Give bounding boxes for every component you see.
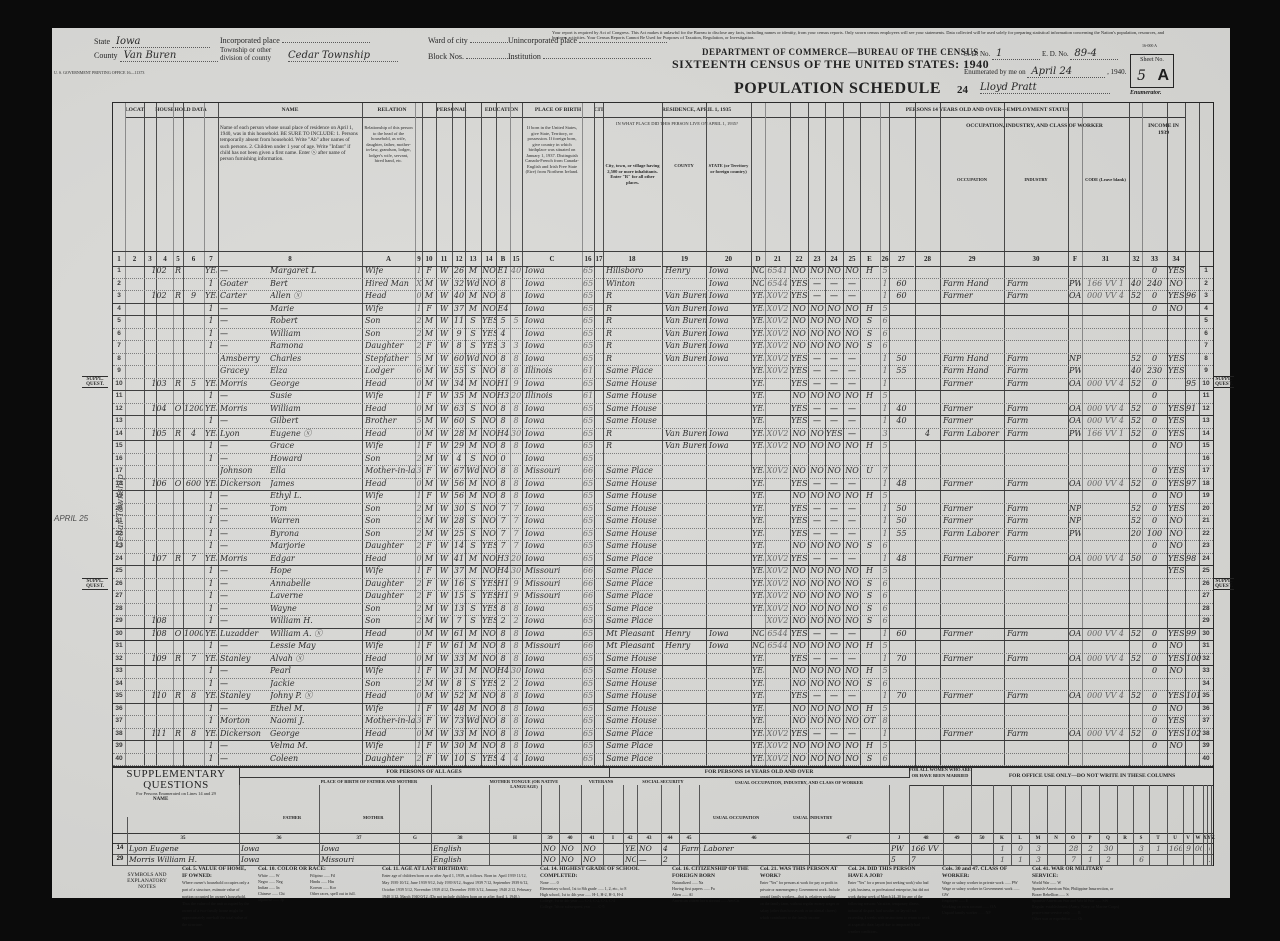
cell-rel: Daughter: [363, 753, 416, 766]
cell-c22: —: [809, 403, 825, 416]
cell-sch: YES: [482, 590, 496, 603]
line-number-right: 17: [1199, 465, 1213, 478]
supp-column-number: 50: [971, 834, 993, 843]
cell-e: 1: [881, 365, 889, 378]
given-name: Bert: [270, 278, 360, 291]
cell-mar: S: [466, 603, 480, 616]
line-number-right: 14: [1199, 428, 1213, 441]
cell-c34: 98: [1186, 553, 1196, 566]
cell-rel: Wife: [363, 665, 416, 678]
cell-race: W: [437, 440, 451, 453]
cell-c34: 102: [1186, 728, 1201, 741]
cell-sch: YES: [482, 340, 496, 353]
cell-res-state: [707, 378, 752, 391]
cell-age: 35: [453, 390, 465, 403]
cell-age: 67: [453, 465, 465, 478]
cell-birth: Iowa: [523, 690, 583, 703]
given-name: George: [270, 378, 360, 391]
cell-res-city: Same House: [604, 678, 662, 691]
cell-c23: NO: [826, 578, 842, 591]
line-number-right: 7: [1199, 340, 1213, 353]
cell-rel: Mother-in-law: [363, 465, 416, 478]
cell-c34: 95: [1186, 378, 1196, 391]
cell-c33: [1168, 603, 1184, 616]
cell-ind: Farm: [1005, 478, 1069, 491]
table-row: 33CarterAllen ⓧ102R9YESHead0MW40MNO8Iowa…: [113, 290, 1213, 304]
cell-mar: S: [466, 615, 480, 628]
table-row: 3535StanleyJohny P. ⓧ110R8YESHead0MW52MN…: [113, 690, 1213, 704]
cell-house: [126, 265, 143, 278]
cell-hh: [145, 540, 173, 553]
cell-code: 1: [416, 390, 422, 403]
cell-res-county: [663, 403, 708, 416]
cell-d: X0V2: [766, 615, 789, 628]
cell-house: [126, 753, 143, 766]
given-name: Howard: [270, 453, 360, 466]
cell-f: [1083, 590, 1128, 603]
cell-ind: [1005, 540, 1069, 553]
cell-e: 6: [881, 753, 889, 766]
cell-sch: NO: [482, 515, 496, 528]
table-row: 4040—Coleen1Daughter2FW10SYES44Iowa65Sam…: [113, 753, 1213, 767]
cell-race: W: [437, 578, 451, 591]
cell-value: [184, 715, 203, 728]
cell-d: X0V2: [766, 728, 789, 741]
cell-c33: NO: [1168, 303, 1184, 316]
cell-farm: [205, 365, 217, 378]
supp-column-number: J: [889, 834, 909, 843]
cell-grade: 2: [497, 678, 509, 691]
cell-e: 1: [881, 690, 889, 703]
cell-e: 1: [881, 628, 889, 641]
cell-c32: 0: [1143, 478, 1166, 491]
cell-e: 5: [881, 703, 889, 716]
cell-birth: Iowa: [523, 303, 583, 316]
cell-grade: 8: [497, 290, 509, 303]
cell-c23: —: [826, 690, 842, 703]
cell-own: [174, 640, 182, 653]
note-col24-title: Col. 24. DID THIS PERSON HAVE A JOB?: [848, 866, 915, 879]
cell-f: [1083, 753, 1128, 766]
cell-occ: Farm Hand: [941, 278, 1005, 291]
cell-c24: NO: [844, 665, 860, 678]
cell-own: R: [174, 690, 182, 703]
supp-quest-marker-29-right: SUPPL. QUEST.: [1214, 578, 1234, 590]
cell-code: 3: [416, 715, 422, 728]
cell-value: 4: [184, 428, 203, 441]
cell-c23: NO: [826, 590, 842, 603]
cell-mar: S: [466, 540, 480, 553]
cell-age: 34: [453, 378, 465, 391]
cell-c23: —: [826, 415, 842, 428]
cell-rel: Son: [363, 603, 416, 616]
supp-column-number: R: [1117, 834, 1133, 843]
cell-value: [184, 703, 203, 716]
supp-cell-c44: 4: [663, 843, 678, 854]
line-number: 37: [113, 715, 125, 728]
cell-res-county: [663, 278, 708, 291]
supp-column-number: P: [1081, 834, 1099, 843]
cell-c26: [890, 465, 913, 478]
cell-c24: —: [844, 403, 860, 416]
cell-c33: YES: [1168, 503, 1184, 516]
cell-c25: [861, 528, 878, 541]
cell-c31: [1130, 615, 1142, 628]
cell-c31: 52: [1130, 728, 1142, 741]
cell-c23: —: [826, 278, 842, 291]
enumerator-label: Enumerator.: [1130, 90, 1162, 96]
cell-birth: Iowa: [523, 415, 583, 428]
parent-birth-header: PLACE OF BIRTH OF FATHER AND MOTHER: [249, 779, 489, 784]
cell-hh: 108: [145, 628, 173, 641]
cell-bcode: 65: [583, 503, 593, 516]
cell-bc: 8: [511, 478, 521, 491]
cell-house: [126, 315, 143, 328]
cell-c26: [890, 678, 913, 691]
cell-res-state: Iowa: [707, 278, 752, 291]
cell-rel: Wife: [363, 265, 416, 278]
cell-own: R: [174, 653, 182, 666]
cell-bc: 8: [511, 603, 521, 616]
cell-e: 5: [881, 265, 889, 278]
cell-c31: 52: [1130, 428, 1142, 441]
cell-sex: M: [423, 378, 435, 391]
cell-bc: 8: [511, 690, 521, 703]
cell-c31: [1130, 540, 1142, 553]
cell-c25: [861, 503, 878, 516]
surname: —: [220, 703, 268, 716]
cell-bcode: 65: [583, 728, 593, 741]
cell-age: 32: [453, 278, 465, 291]
cell-value: [184, 615, 203, 628]
cell-rel: Son: [363, 328, 416, 341]
cell-race: W: [437, 353, 451, 366]
cell-code: 1: [416, 440, 422, 453]
cell-hh: [145, 740, 173, 753]
cell-value: [184, 415, 203, 428]
cell-c21: NO: [791, 328, 807, 341]
supp-column-divider: [239, 785, 240, 865]
line-number: 35: [113, 690, 125, 703]
cell-c21: YES: [791, 628, 807, 641]
cell-c24: NO: [844, 603, 860, 616]
cell-ind: Farm: [1005, 690, 1069, 703]
cell-d: [766, 453, 789, 466]
note-col10-title: Col. 10. COLOR OR RACE:: [258, 866, 326, 872]
cell-c32: 0: [1143, 490, 1166, 503]
table-row: 3737MortonNaomi J.1Mother-in-law3FW73WdN…: [113, 715, 1213, 729]
supp-column-number: 49: [943, 834, 971, 843]
supp-cell-u: 166 VV 1: [1169, 843, 1182, 854]
cell-c21: YES: [791, 728, 807, 741]
cell-ind: [1005, 453, 1069, 466]
cell-c25: H: [861, 265, 878, 278]
cell-house: [126, 403, 143, 416]
supp-column-divider: [581, 785, 582, 865]
cell-birth: Iowa: [523, 728, 583, 741]
cell-mar: S: [466, 515, 480, 528]
cell-res-city: Same House: [604, 503, 662, 516]
enumerated-value: April 24: [1027, 66, 1105, 78]
cell-c25: H: [861, 565, 878, 578]
given-name: Grace: [270, 440, 360, 453]
cell-c23: —: [826, 478, 842, 491]
cell-value: 9: [184, 290, 203, 303]
cell-bcode: 66: [583, 465, 593, 478]
cell-c22: —: [809, 378, 825, 391]
cell-own: [174, 528, 182, 541]
margin-township-note: Cedar Township: [116, 448, 126, 548]
cell-mar: S: [466, 578, 480, 591]
cell-grade: 8: [497, 403, 509, 416]
cell-res-city: Same House: [604, 540, 662, 553]
cell-c32: 0: [1143, 715, 1166, 728]
given-name: Lessie May: [270, 640, 360, 653]
table-row: 99GraceyElzaLodger6MW55SNO88Illinois61Sa…: [113, 365, 1213, 379]
ward-label: Ward of city: [428, 36, 468, 45]
cell-res-county: [663, 465, 708, 478]
cell-c27: [916, 478, 939, 491]
cell-farm35: NO: [752, 640, 764, 653]
cell-farm35: YES: [752, 578, 764, 591]
line-number: 31: [113, 640, 125, 653]
cell-ind: [1005, 715, 1069, 728]
cell-farm: 1: [205, 703, 217, 716]
cell-hh: [145, 565, 173, 578]
header-group-relation: RELATION: [362, 103, 423, 118]
cell-c25: S: [861, 315, 878, 328]
cell-res-county: Van Buren: [663, 340, 708, 353]
cell-sch: NO: [482, 740, 496, 753]
cell-rel: Wife: [363, 303, 416, 316]
cell-own: [174, 678, 182, 691]
cell-c26: [890, 565, 913, 578]
cell-c27: [916, 503, 939, 516]
surname: —: [220, 540, 268, 553]
cell-c21: NO: [791, 665, 807, 678]
cell-e: 5: [881, 640, 889, 653]
cell-c21: NO: [791, 490, 807, 503]
cell-farm: YES: [205, 628, 217, 641]
cell-grade: H3: [497, 553, 509, 566]
cell-c26: 60: [890, 290, 913, 303]
cell-bcode: 65: [583, 278, 593, 291]
enumerated-label: Enumerated by me on: [964, 68, 1026, 76]
cell-e: 1: [881, 278, 889, 291]
cell-farm35: YES: [752, 303, 764, 316]
supp-cell-c40: NO: [561, 843, 580, 854]
cell-c27: [916, 403, 939, 416]
cell-farm: YES: [205, 690, 217, 703]
cell-value: [184, 340, 203, 353]
cell-bcode: 65: [583, 628, 593, 641]
cell-occ: Farm Hand: [941, 353, 1005, 366]
cell-res-county: [663, 615, 708, 628]
cell-res-county: [663, 365, 708, 378]
cell-value: [184, 665, 203, 678]
cell-sch: NO: [482, 490, 496, 503]
cell-birth: Iowa: [523, 615, 583, 628]
cell-res-city: R: [604, 428, 662, 441]
supp-column-divider: [603, 785, 604, 865]
cell-c23: —: [826, 378, 842, 391]
cell-mar: M: [466, 478, 480, 491]
cell-bcode: 66: [583, 590, 593, 603]
cell-own: [174, 740, 182, 753]
cell-c26: [890, 440, 913, 453]
cell-ind: Farm: [1005, 290, 1069, 303]
line-number-right: 8: [1199, 353, 1213, 366]
cell-f: 000 VV 4: [1083, 290, 1128, 303]
cell-rel: Son: [363, 453, 416, 466]
cell-sch: NO: [482, 378, 496, 391]
supp-column-divider: [1133, 785, 1134, 865]
supp-column-number: 42: [623, 834, 637, 843]
cell-bc: 7: [511, 503, 521, 516]
sd-label: S. D. No.: [964, 50, 990, 58]
note-col5: Col. 5. VALUE OF HOME, IF OWNED:Where ow…: [182, 866, 252, 929]
cell-mar: M: [466, 390, 480, 403]
cell-d: 6544: [766, 640, 789, 653]
given-name: William A. ⓧ: [270, 628, 360, 641]
cell-bc: 8: [511, 740, 521, 753]
cell-ind: [1005, 315, 1069, 328]
cell-cls: [1069, 665, 1081, 678]
cell-farm: 1: [205, 340, 217, 353]
cell-c32: 240: [1143, 278, 1166, 291]
cell-hh: [145, 665, 173, 678]
cell-c24: NO: [844, 540, 860, 553]
residence-city-header: City, town, or village having 2,500 or m…: [605, 163, 660, 185]
cell-f: 000 VV 4: [1083, 478, 1128, 491]
cell-f: 166 VV 1: [1083, 428, 1128, 441]
cell-c26: 48: [890, 553, 913, 566]
cell-bc: 30: [511, 565, 521, 578]
cell-age: 15: [453, 590, 465, 603]
cell-occ: Farmer: [941, 415, 1005, 428]
cell-res-county: [663, 653, 708, 666]
supp-column-divider: [1193, 785, 1194, 865]
cell-own: [174, 440, 182, 453]
line-number: 30: [113, 628, 125, 641]
cell-res-county: Van Buren: [663, 440, 708, 453]
cell-f: [1083, 440, 1128, 453]
surname: —: [220, 340, 268, 353]
header-group-location: LOCATION: [125, 103, 145, 118]
cell-house: [126, 278, 143, 291]
cell-mar: S: [466, 503, 480, 516]
cell-f: [1083, 678, 1128, 691]
cell-f: 000 VV 4: [1083, 403, 1128, 416]
usual-occupation-header: USUAL OCCUPATION, INDUSTRY, AND CLASS OF…: [699, 780, 899, 785]
cell-grade: 7: [497, 528, 509, 541]
cell-cls: [1069, 303, 1081, 316]
supp-column-number: 47: [809, 834, 889, 843]
cell-c33: YES: [1168, 465, 1184, 478]
given-name: Hope: [270, 565, 360, 578]
cell-c33: NO: [1168, 528, 1184, 541]
cell-farm35: [752, 453, 764, 466]
cell-birth: Iowa: [523, 665, 583, 678]
line-number: 5: [113, 315, 125, 328]
cell-sch: NO: [482, 553, 496, 566]
cell-c27: [916, 740, 939, 753]
cell-birth: Iowa: [523, 328, 583, 341]
cell-d: X0V2: [766, 440, 789, 453]
cell-rel: Head: [363, 428, 416, 441]
cell-c22: —: [809, 290, 825, 303]
cell-mar: M: [466, 490, 480, 503]
cell-c25: [861, 378, 878, 391]
cell-own: [174, 665, 182, 678]
cell-c22: NO: [809, 590, 825, 603]
supp-cell-x: 1: [1205, 843, 1206, 854]
cell-house: [126, 578, 143, 591]
cell-house: [126, 553, 143, 566]
cell-bc: 7: [511, 540, 521, 553]
cell-sex: F: [423, 590, 435, 603]
ed-value: 89-4: [1070, 48, 1118, 60]
cell-c25: [861, 365, 878, 378]
cell-c27: [916, 415, 939, 428]
cell-f: [1083, 665, 1128, 678]
line-number-right: 9: [1199, 365, 1213, 378]
cell-sch: NO: [482, 415, 496, 428]
cell-res-state: [707, 590, 752, 603]
cell-rel: Mother-in-law: [363, 715, 416, 728]
table-row: 2525—Hope1Wife1FW37MNOH430Missouri66Same…: [113, 565, 1213, 579]
cell-farm: 1: [205, 615, 217, 628]
cell-f: [1083, 615, 1128, 628]
cell-farm35: YES: [752, 665, 764, 678]
supp-cell-father: Iowa: [241, 843, 318, 854]
block-field: Block Nos.: [428, 52, 514, 61]
supp-column-number: I: [603, 834, 623, 843]
enumerator-line-number: 24: [957, 84, 968, 96]
cell-occ: Farm Laborer: [941, 428, 1005, 441]
note-col14: Col. 14. HIGHEST GRADE OF SCHOOL COMPLET…: [540, 866, 660, 910]
cell-c26: [890, 703, 913, 716]
table-row: 11—Margaret L102RYESWife1FW26MNOE140Iowa…: [113, 265, 1213, 279]
cell-code: 2: [416, 503, 422, 516]
cell-house: [126, 628, 143, 641]
supp-usual-ind-header: USUAL INDUSTRY: [793, 815, 832, 820]
cell-grade: 3: [497, 340, 509, 353]
cell-bc: 4: [511, 753, 521, 766]
cell-ind: [1005, 340, 1069, 353]
cell-c27: [916, 653, 939, 666]
cell-res-city: Same Place: [604, 465, 662, 478]
supp-cell-c47: PW: [891, 843, 908, 854]
cell-sex: M: [423, 415, 435, 428]
cell-c31: [1130, 340, 1142, 353]
cell-ind: Farm: [1005, 653, 1069, 666]
cell-farm35: YES: [752, 653, 764, 666]
cell-age: 56: [453, 478, 465, 491]
cell-farm35: YES: [752, 365, 764, 378]
cell-c34: 96: [1186, 290, 1196, 303]
cell-c26: [890, 640, 913, 653]
cell-c31: [1130, 753, 1142, 766]
cell-res-city: Same Place: [604, 728, 662, 741]
cell-res-county: [663, 378, 708, 391]
cell-res-state: [707, 690, 752, 703]
cell-c25: [861, 478, 878, 491]
cell-birth: Iowa: [523, 603, 583, 616]
cell-farm35: YES: [752, 715, 764, 728]
cell-f: [1083, 640, 1128, 653]
cell-birth: Iowa: [523, 515, 583, 528]
